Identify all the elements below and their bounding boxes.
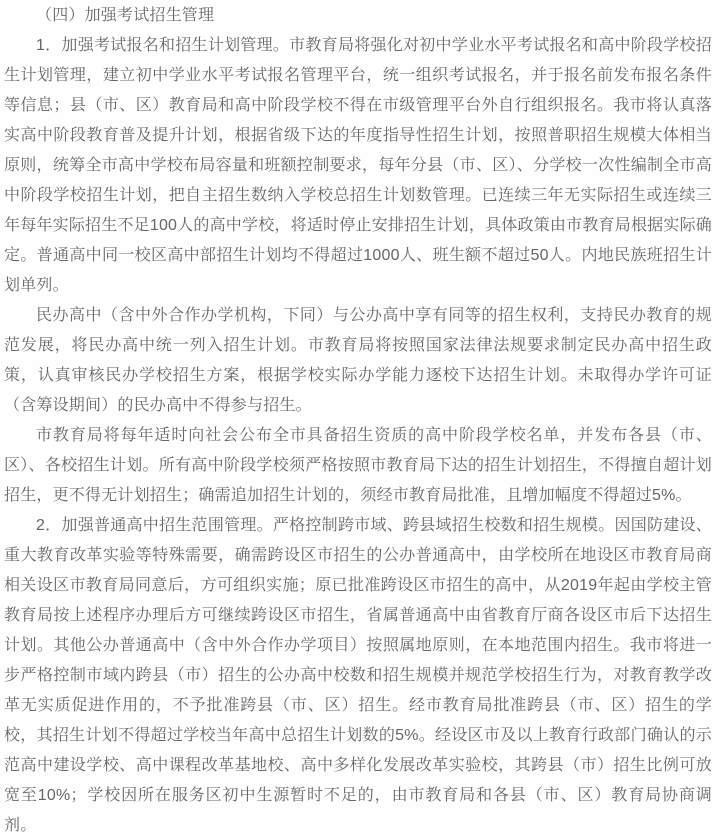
section-heading: （四）加强考试招生管理 [4,1,712,31]
paragraph-2: 民办高中（含中外合作办学机构，下同）与公办高中享有同等的招生权利，支持民办教育的… [4,301,712,421]
document-page: （四）加强考试招生管理 1．加强考试报名和招生计划管理。市教育局将强化对初中学业… [0,0,718,836]
paragraph-1: 1．加强考试报名和招生计划管理。市教育局将强化对初中学业水平考试报名和高中阶段学… [4,31,712,301]
paragraph-4: 2．加强普通高中招生范围管理。严格控制跨市域、跨县域招生校数和招生规模。因国防建… [4,511,712,836]
paragraph-3: 市教育局将每年适时向社会公布全市具备招生资质的高中阶段学校名单，并发布各县（市、… [4,421,712,511]
